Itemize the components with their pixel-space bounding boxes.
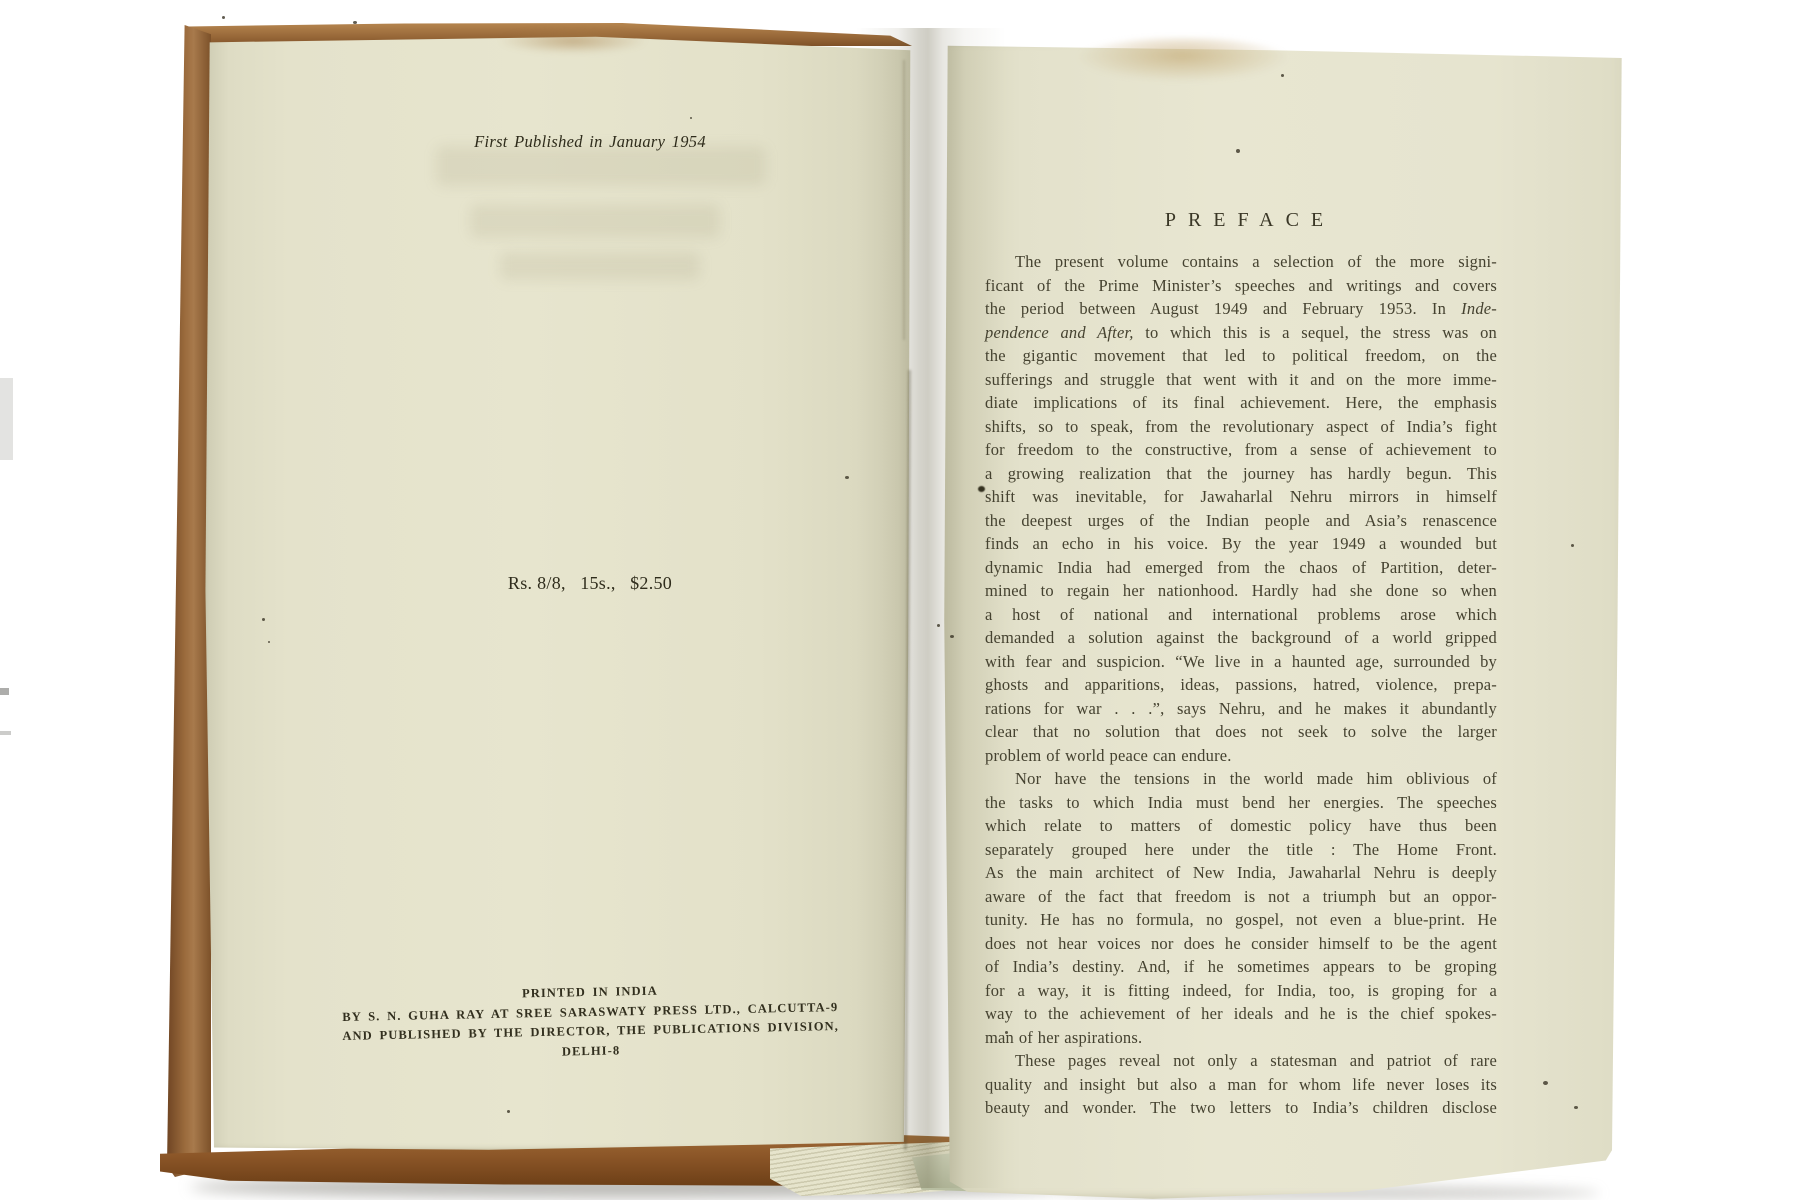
preface-line: As the main architect of New India, Jawa…	[985, 861, 1497, 885]
preface-line: the gigantic movement that led to politi…	[985, 344, 1497, 368]
preface-line: diate implications of its final achievem…	[985, 391, 1497, 415]
preface-line: for freedom to the constructive, from a …	[985, 438, 1497, 462]
preface-line: the tasks to which India must bend her e…	[985, 791, 1497, 815]
preface-line: dynamic India had emerged from the chaos…	[985, 556, 1497, 580]
preface-line: Nor have the tensions in the world made …	[985, 767, 1497, 791]
preface-line: rations for war . . .”, says Nehru, and …	[985, 697, 1497, 721]
preface-line: ghosts and apparitions, ideas, passions,…	[985, 673, 1497, 697]
preface-line: for a way, it is fitting indeed, for Ind…	[985, 979, 1497, 1003]
preface-heading: PREFACE	[1054, 209, 1434, 232]
preface-line: shifts, so to speak, from the revolution…	[985, 415, 1497, 439]
first-published-line: First Published in January 1954	[410, 132, 770, 152]
open-book-photo: First Published in January 1954 Rs. 8/8,…	[0, 0, 1800, 1200]
preface-line: problem of world peace can endure.	[985, 744, 1497, 768]
preface-line: clear that no solution that does not see…	[985, 720, 1497, 744]
preface-line: way to the achievement of her ideals and…	[985, 1002, 1497, 1026]
preface-line: sufferings and struggle that went with i…	[985, 368, 1497, 392]
preface-line: with fear and suspicion. “We live in a h…	[985, 650, 1497, 674]
preface-line: These pages reveal not only a statesman …	[985, 1049, 1497, 1073]
preface-body-text: The present volume contains a selection …	[985, 250, 1497, 1120]
preface-line: tunity. He has no formula, no gospel, no…	[985, 908, 1497, 932]
imprint-block: PRINTED IN INDIA BY S. N. GUHA RAY AT SR…	[337, 978, 843, 1066]
preface-line: of India’s destiny. And, if he sometimes…	[985, 955, 1497, 979]
preface-line: pendence and After, to which this is a s…	[985, 321, 1497, 345]
preface-line: separately grouped here under the title …	[985, 838, 1497, 862]
preface-line: the deepest urges of the Indian people a…	[985, 509, 1497, 533]
preface-line: shift was inevitable, for Jawaharlal Neh…	[985, 485, 1497, 509]
preface-line: mined to regain her nationhood. Hardly h…	[985, 579, 1497, 603]
preface-line: demanded a solution against the backgrou…	[985, 626, 1497, 650]
preface-line: man of her aspirations.	[985, 1026, 1497, 1050]
printed-text-layer: First Published in January 1954 Rs. 8/8,…	[0, 0, 1800, 1200]
preface-line: finds an echo in his voice. By the year …	[985, 532, 1497, 556]
preface-line: the period between August 1949 and Febru…	[985, 297, 1497, 321]
preface-line: a host of national and international pro…	[985, 603, 1497, 627]
preface-line: does not hear voices nor does he conside…	[985, 932, 1497, 956]
preface-line: aware of the fact that freedom is not a …	[985, 885, 1497, 909]
preface-line: a growing realization that the journey h…	[985, 462, 1497, 486]
preface-line: beauty and wonder. The two letters to In…	[985, 1096, 1497, 1120]
price-line: Rs. 8/8, 15s., $2.50	[440, 573, 740, 594]
preface-line: which relate to matters of domestic poli…	[985, 814, 1497, 838]
preface-line: The present volume contains a selection …	[985, 250, 1497, 274]
preface-line: ficant of the Prime Minister’s speeches …	[985, 274, 1497, 298]
preface-line: quality and insight but also a man for w…	[985, 1073, 1497, 1097]
